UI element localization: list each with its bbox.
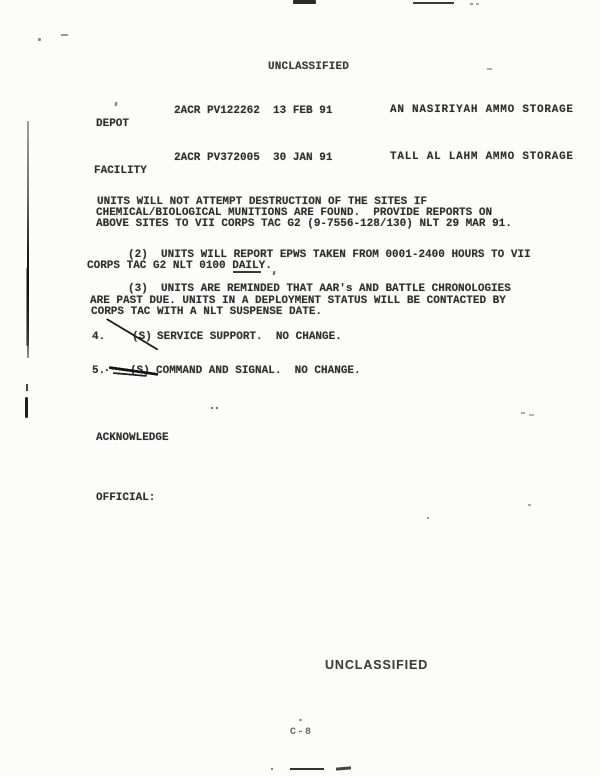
scan-artifact-speck xyxy=(216,407,218,409)
entry-site-name: TALL AL LAHM AMMO STORAGE xyxy=(390,152,574,163)
scan-artifact-speck xyxy=(38,38,41,41)
scan-artifact-speck xyxy=(273,271,276,275)
item-number: 4. xyxy=(92,332,105,343)
entry-dtg: 2ACR PV372005 30 JAN 91 xyxy=(174,153,332,164)
item-text: SERVICE SUPPORT. NO CHANGE. xyxy=(157,332,342,343)
official-line: OFFICIAL: xyxy=(96,493,155,504)
item-text: COMMAND AND SIGNAL. NO CHANGE. xyxy=(156,366,361,377)
scan-artifact-speck xyxy=(528,504,531,506)
paragraph-line: CORPS TAC WITH A NLT SUSPENSE DATE. xyxy=(91,307,322,318)
scan-artifact-top-line xyxy=(413,2,454,4)
scan-artifact-top-dot xyxy=(470,3,473,5)
scan-artifact-dash xyxy=(61,34,68,36)
scan-artifact-vertical-bar xyxy=(25,397,28,418)
scan-artifact-speck xyxy=(427,517,429,519)
scan-artifact-top-dash xyxy=(293,0,316,4)
scan-artifact-top-dot xyxy=(476,3,479,5)
scan-artifact-speck xyxy=(529,414,534,416)
scan-artifact-speck xyxy=(106,369,108,371)
scan-artifact-speck xyxy=(211,407,213,409)
classification-footer: UNCLASSIFIED xyxy=(325,660,428,671)
entry-site-name-cont: FACILITY xyxy=(94,166,147,177)
scan-artifact-bottom-line xyxy=(290,768,324,770)
scan-artifact-dash xyxy=(487,68,492,70)
entry-site-name-cont: DEPOT xyxy=(96,119,129,130)
acknowledge-line: ACKNOWLEDGE xyxy=(96,433,169,444)
scan-artifact-speck xyxy=(271,768,273,770)
entry-site-name: AN NASIRIYAH AMMO STORAGE xyxy=(390,105,574,116)
scan-artifact-vertical-tick xyxy=(26,384,28,391)
scanned-document-page: UNCLASSIFIED 2ACR PV122262 13 FEB 91 AN … xyxy=(0,0,600,776)
paragraph-line: ABOVE SITES TO VII CORPS TAC G2 (9-7556-… xyxy=(96,219,512,230)
scan-artifact-underline xyxy=(233,271,261,273)
scan-artifact-speck xyxy=(299,719,302,721)
classification-header: UNCLASSIFIED xyxy=(268,62,349,73)
scan-artifact-vertical-line-thick xyxy=(26,268,29,346)
scan-artifact-speck xyxy=(115,102,118,106)
item-number: 5. xyxy=(92,366,105,377)
scan-artifact-speck xyxy=(521,412,525,415)
page-number: C-8 xyxy=(290,727,313,738)
entry-dtg: 2ACR PV122262 13 FEB 91 xyxy=(174,106,332,117)
scan-artifact-bottom-dash xyxy=(336,766,351,770)
paragraph-line: (3) UNITS ARE REMINDED THAT AAR's AND BA… xyxy=(128,284,511,295)
